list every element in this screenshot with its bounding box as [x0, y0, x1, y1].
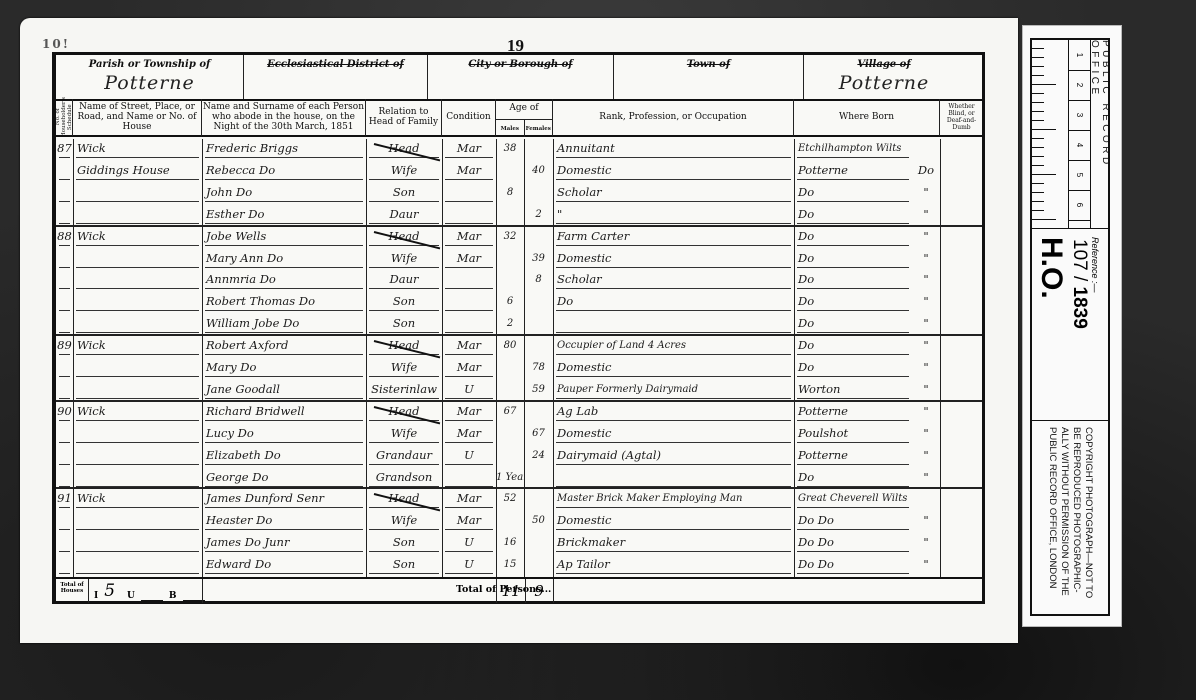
- ruler-number: 4: [1068, 130, 1090, 161]
- cell-sched: [56, 314, 73, 333]
- table-row: Mary DoWifeMar78DomesticDo": [56, 358, 982, 377]
- cell-f: 24: [524, 446, 553, 465]
- table-row: Lucy DoWifeMar67DomesticPoulshot": [56, 424, 982, 443]
- cell-m: 2: [496, 314, 524, 333]
- cell-born: Worton: [794, 380, 912, 399]
- cell-born: Etchilhampton Wilts: [794, 139, 912, 158]
- cell-name: James Dunford Senr: [202, 489, 366, 508]
- parish-value: Potterne: [56, 72, 243, 94]
- cell-m: 32: [496, 227, 524, 246]
- cell-street: Wick: [73, 336, 202, 355]
- series-code: H.O.: [1036, 237, 1066, 299]
- cell-born: Do: [794, 227, 912, 246]
- cell-occ: Domestic: [553, 424, 794, 443]
- table-row: John DoSon8ScholarDo": [56, 183, 982, 202]
- cell-rel: Head: [366, 227, 442, 246]
- ruler-number: 2: [1068, 70, 1090, 101]
- cell-rel: Sisterinlaw: [366, 380, 442, 399]
- cell-rel: Daur: [366, 270, 442, 289]
- cell-name: Frederic Briggs: [202, 139, 366, 158]
- cell-born: Poulshot: [794, 424, 912, 443]
- cell-street: [73, 555, 202, 574]
- cell-born: Do: [794, 249, 912, 268]
- census-form: Parish or Township of Potterne Ecclesias…: [52, 52, 985, 604]
- cell-m: [496, 446, 524, 465]
- cell-occ: Annuitant: [553, 139, 794, 158]
- cell-sched: 91: [56, 489, 73, 508]
- cell-occ: Domestic: [553, 249, 794, 268]
- cell-m: 6: [496, 292, 524, 311]
- cell-born: Do: [794, 358, 912, 377]
- cell-street: Giddings House: [73, 161, 202, 180]
- cell-occ: Occupier of Land 4 Acres: [553, 336, 794, 355]
- col-age: Age of MalesFemales: [496, 99, 553, 137]
- cell-born: Great Cheverell Wilts: [794, 489, 912, 508]
- cell-ditto: ": [912, 402, 940, 421]
- table-row: 87WickFrederic BriggsHeadMar38AnnuitantE…: [56, 139, 982, 158]
- cell-occ: Brickmaker: [553, 533, 794, 552]
- cell-sched: 89: [56, 336, 73, 355]
- cell-sched: [56, 249, 73, 268]
- cell-f: [524, 489, 553, 508]
- ecclesiastical-label: Ecclesiastical District of: [244, 59, 427, 70]
- cell-street: Wick: [73, 402, 202, 421]
- cell-occ: Scholar: [553, 183, 794, 202]
- cell-f: [524, 314, 553, 333]
- cell-cond: Mar: [442, 161, 496, 180]
- copyright-notice: COPYRIGHT PHOTOGRAPH—NOT TOBE REPRODUCED…: [1032, 420, 1108, 614]
- cell-name: Robert Axford: [202, 336, 366, 355]
- cell-street: [73, 205, 202, 224]
- totals-footer: Total of Houses I 5 U B Total of Persons…: [56, 577, 982, 603]
- cell-sched: [56, 424, 73, 443]
- ruler-number: 1: [1068, 40, 1090, 71]
- cell-sched: [56, 161, 73, 180]
- cell-cond: Mar: [442, 489, 496, 508]
- ruler-number: 5: [1068, 160, 1090, 191]
- cell-rel: Daur: [366, 205, 442, 224]
- cell-rel: Wife: [366, 511, 442, 530]
- cell-occ: Domestic: [553, 511, 794, 530]
- males-total: 11: [496, 579, 526, 603]
- cell-sched: [56, 555, 73, 574]
- cell-sched: [56, 183, 73, 202]
- cell-street: [73, 314, 202, 333]
- cell-occ: Domestic: [553, 358, 794, 377]
- cell-rel: Son: [366, 314, 442, 333]
- cell-born: Do Do: [794, 511, 912, 530]
- cell-cond: U: [442, 555, 496, 574]
- inhabited-count: 5: [104, 581, 115, 601]
- table-row: Annmria DoDaur8ScholarDo": [56, 270, 982, 289]
- cell-occ: Pauper Formerly Dairymaid: [553, 380, 794, 399]
- table-row: 90WickRichard BridwellHeadMar67Ag LabPot…: [56, 402, 982, 421]
- cell-sched: [56, 205, 73, 224]
- cell-ditto: ": [912, 314, 940, 333]
- cell-street: [73, 183, 202, 202]
- cell-cond: U: [442, 533, 496, 552]
- cell-ditto: [912, 139, 940, 158]
- table-row: Elizabeth DoGrandaurU24Dairymaid (Agtal)…: [56, 446, 982, 465]
- cell-ditto: ": [912, 424, 940, 443]
- cell-ditto: ": [912, 446, 940, 465]
- cell-occ: Farm Carter: [553, 227, 794, 246]
- cell-sched: 87: [56, 139, 73, 158]
- cell-m: [496, 161, 524, 180]
- cell-born: Do: [794, 205, 912, 224]
- cell-ditto: ": [912, 533, 940, 552]
- table-row: 88WickJobe WellsHeadMar32Farm CarterDo": [56, 227, 982, 246]
- ruler-number: 6: [1068, 190, 1090, 221]
- cell-ditto: ": [912, 249, 940, 268]
- city-cell: City or Borough of: [428, 55, 614, 99]
- cell-ditto: [912, 489, 940, 508]
- city-label: City or Borough of: [428, 59, 613, 70]
- cell-cond: Mar: [442, 424, 496, 443]
- cell-street: [73, 511, 202, 530]
- table-row: Edward DoSonU15Ap TailorDo Do": [56, 555, 982, 574]
- houses-label: Total of Houses: [56, 579, 89, 603]
- cell-name: Edward Do: [202, 555, 366, 574]
- cell-f: 40: [524, 161, 553, 180]
- cell-ditto: ": [912, 380, 940, 399]
- cell-born: Do: [794, 336, 912, 355]
- cell-born: Do Do: [794, 533, 912, 552]
- ruler-numbers: 123456: [1068, 40, 1091, 228]
- table-row: Esther DoDaur2"Do": [56, 205, 982, 224]
- cell-born: Do: [794, 183, 912, 202]
- table-row: William Jobe DoSon2Do": [56, 314, 982, 333]
- cell-cond: [442, 314, 496, 333]
- col-males: Males: [496, 120, 525, 137]
- cell-cond: Mar: [442, 227, 496, 246]
- cell-sched: [56, 358, 73, 377]
- cell-born: Do: [794, 468, 912, 487]
- table-row: Jane GoodallSisterinlawU59Pauper Formerl…: [56, 380, 982, 399]
- cell-born: Potterne: [794, 161, 912, 180]
- cell-f: [524, 336, 553, 355]
- cell-rel: Son: [366, 292, 442, 311]
- cell-cond: Mar: [442, 511, 496, 530]
- cell-street: [73, 270, 202, 289]
- cell-f: [524, 533, 553, 552]
- cell-m: 15: [496, 555, 524, 574]
- cell-occ: Domestic: [553, 161, 794, 180]
- village-cell: Village of Potterne: [804, 55, 964, 99]
- cell-m: 8: [496, 183, 524, 202]
- cell-name: Richard Bridwell: [202, 402, 366, 421]
- table-row: 89WickRobert AxfordHeadMar80Occupier of …: [56, 336, 982, 355]
- cell-cond: Mar: [442, 336, 496, 355]
- cell-born: Do: [794, 292, 912, 311]
- cell-rel: Son: [366, 555, 442, 574]
- cell-cond: [442, 270, 496, 289]
- table-row: Mary Ann DoWifeMar39DomesticDo": [56, 249, 982, 268]
- table-row: Giddings HouseRebecca DoWifeMar40Domesti…: [56, 161, 982, 180]
- cell-name: Jobe Wells: [202, 227, 366, 246]
- cell-f: [524, 555, 553, 574]
- cell-rel: Wife: [366, 249, 442, 268]
- cell-m: 52: [496, 489, 524, 508]
- town-label: Town of: [614, 59, 803, 70]
- cell-street: [73, 358, 202, 377]
- cell-m: [496, 205, 524, 224]
- cell-born: Do: [794, 270, 912, 289]
- cell-name: James Do Junr: [202, 533, 366, 552]
- parish-label: Parish or Township of: [56, 59, 243, 70]
- village-value: Potterne: [804, 72, 964, 94]
- table-row: James Do JunrSonU16BrickmakerDo Do": [56, 533, 982, 552]
- cell-sched: [56, 270, 73, 289]
- cell-cond: Mar: [442, 402, 496, 421]
- cell-f: 50: [524, 511, 553, 530]
- cell-rel: Wife: [366, 161, 442, 180]
- folio-mark: 10!: [42, 37, 70, 51]
- cell-born: Potterne: [794, 402, 912, 421]
- table-row: Heaster DoWifeMar50DomesticDo Do": [56, 511, 982, 530]
- cell-rel: Grandaur: [366, 446, 442, 465]
- cell-street: Wick: [73, 489, 202, 508]
- cell-ditto: ": [912, 468, 940, 487]
- cell-name: Mary Ann Do: [202, 249, 366, 268]
- cell-occ: Ag Lab: [553, 402, 794, 421]
- cell-ditto: ": [912, 292, 940, 311]
- cell-name: William Jobe Do: [202, 314, 366, 333]
- cell-sched: [56, 533, 73, 552]
- cell-rel: Head: [366, 489, 442, 508]
- col-schedule: No. of Householder's Schedule: [56, 99, 73, 137]
- cell-name: Jane Goodall: [202, 380, 366, 399]
- cell-rel: Grandson: [366, 468, 442, 487]
- cell-f: [524, 292, 553, 311]
- cell-street: Wick: [73, 227, 202, 246]
- cell-rel: Head: [366, 139, 442, 158]
- cell-cond: Mar: [442, 358, 496, 377]
- cell-cond: [442, 468, 496, 487]
- reference-box: H.O. 107 / 1839 Reference :—: [1032, 228, 1108, 379]
- cell-occ: Master Brick Maker Employing Man: [553, 489, 794, 508]
- cell-rel: Head: [366, 402, 442, 421]
- cell-ditto: ": [912, 227, 940, 246]
- cell-street: [73, 292, 202, 311]
- record-office-strip: 123456 PUBLIC RECORD OFFICE H.O. 107 / 1…: [1022, 25, 1122, 627]
- cell-m: 80: [496, 336, 524, 355]
- females-total: 9: [525, 579, 554, 603]
- cell-occ: Ap Tailor: [553, 555, 794, 574]
- cell-name: Rebecca Do: [202, 161, 366, 180]
- cell-street: [73, 424, 202, 443]
- cell-f: [524, 139, 553, 158]
- cell-name: Heaster Do: [202, 511, 366, 530]
- cell-f: 39: [524, 249, 553, 268]
- cell-sched: [56, 292, 73, 311]
- ruler: [1032, 40, 1069, 228]
- cell-rel: Wife: [366, 358, 442, 377]
- cell-rel: Head: [366, 336, 442, 355]
- cell-m: [496, 511, 524, 530]
- cell-street: [73, 533, 202, 552]
- cell-name: Lucy Do: [202, 424, 366, 443]
- cell-sched: [56, 446, 73, 465]
- town-cell: Town of: [614, 55, 804, 99]
- cell-m: [496, 270, 524, 289]
- cell-occ: ": [553, 205, 794, 224]
- cell-street: [73, 446, 202, 465]
- cell-cond: Mar: [442, 139, 496, 158]
- cell-street: [73, 380, 202, 399]
- cell-ditto: ": [912, 205, 940, 224]
- cell-f: 59: [524, 380, 553, 399]
- cell-m: 1 Year 5 Months: [496, 468, 524, 487]
- cell-rel: Wife: [366, 424, 442, 443]
- cell-name: Elizabeth Do: [202, 446, 366, 465]
- cell-occ: [553, 468, 794, 487]
- cell-ditto: ": [912, 270, 940, 289]
- table-row: Robert Thomas DoSon6DoDo": [56, 292, 982, 311]
- col-street: Name of Street, Place, or Road, and Name…: [73, 99, 202, 137]
- cell-m: 16: [496, 533, 524, 552]
- cell-occ: Dairymaid (Agtal): [553, 446, 794, 465]
- col-relation: Relation to Head of Family: [366, 99, 442, 137]
- col-blind: Whether Blind, or Deaf-and-Dumb: [940, 99, 983, 137]
- cell-m: [496, 424, 524, 443]
- col-condition: Condition: [442, 99, 496, 137]
- houses-counts: I 5 U B: [94, 581, 205, 601]
- cell-f: [524, 402, 553, 421]
- col-name: Name and Surname of each Person who abod…: [202, 99, 366, 137]
- cell-sched: 90: [56, 402, 73, 421]
- cell-sched: [56, 468, 73, 487]
- cell-rel: Son: [366, 533, 442, 552]
- cell-name: George Do: [202, 468, 366, 487]
- cell-born: Do: [794, 314, 912, 333]
- col-females: Females: [525, 120, 553, 137]
- cell-ditto: Do: [912, 161, 940, 180]
- col-occupation: Rank, Profession, or Occupation: [553, 99, 794, 137]
- ecclesiastical-cell: Ecclesiastical District of: [244, 55, 428, 99]
- cell-m: [496, 249, 524, 268]
- village-label: Village of: [804, 59, 964, 70]
- cell-occ: Scholar: [553, 270, 794, 289]
- pro-title: PUBLIC RECORD OFFICE: [1090, 40, 1110, 228]
- cell-ditto: ": [912, 511, 940, 530]
- cell-m: 38: [496, 139, 524, 158]
- cell-f: [524, 227, 553, 246]
- cell-f: 2: [524, 205, 553, 224]
- cell-f: [524, 183, 553, 202]
- cell-street: Wick: [73, 139, 202, 158]
- cell-ditto: ": [912, 358, 940, 377]
- col-born: Where Born: [794, 99, 940, 137]
- cell-sched: 88: [56, 227, 73, 246]
- cell-sched: [56, 511, 73, 530]
- cell-m: 67: [496, 402, 524, 421]
- cell-rel: Son: [366, 183, 442, 202]
- cell-cond: [442, 205, 496, 224]
- cell-sched: [56, 380, 73, 399]
- cell-ditto: ": [912, 336, 940, 355]
- parish-cell: Parish or Township of Potterne: [56, 55, 244, 99]
- cell-f: 67: [524, 424, 553, 443]
- cell-cond: U: [442, 446, 496, 465]
- cell-cond: Mar: [442, 249, 496, 268]
- cell-born: Do Do: [794, 555, 912, 574]
- cell-cond: [442, 292, 496, 311]
- cell-f: 8: [524, 270, 553, 289]
- cell-name: Annmria Do: [202, 270, 366, 289]
- table-row: 91WickJames Dunford SenrHeadMar52Master …: [56, 489, 982, 508]
- cell-name: Esther Do: [202, 205, 366, 224]
- cell-name: John Do: [202, 183, 366, 202]
- cell-street: [73, 468, 202, 487]
- cell-ditto: ": [912, 183, 940, 202]
- reference-label: Reference :—: [1090, 237, 1100, 293]
- table-row: George DoGrandson1 Year 5 MonthsDo": [56, 468, 982, 487]
- cell-street: [73, 249, 202, 268]
- location-header: Parish or Township of Potterne Ecclesias…: [56, 55, 982, 101]
- cell-occ: [553, 314, 794, 333]
- cell-cond: [442, 183, 496, 202]
- cell-f: 78: [524, 358, 553, 377]
- reference-number: 107 / 1839: [1068, 239, 1090, 329]
- cell-name: Mary Do: [202, 358, 366, 377]
- cell-f: [524, 468, 553, 487]
- cell-m: [496, 358, 524, 377]
- cell-occ: Do: [553, 292, 794, 311]
- ruler-number: 3: [1068, 100, 1090, 131]
- cell-m: [496, 380, 524, 399]
- cell-ditto: ": [912, 555, 940, 574]
- cell-name: Robert Thomas Do: [202, 292, 366, 311]
- cell-cond: U: [442, 380, 496, 399]
- cell-born: Potterne: [794, 446, 912, 465]
